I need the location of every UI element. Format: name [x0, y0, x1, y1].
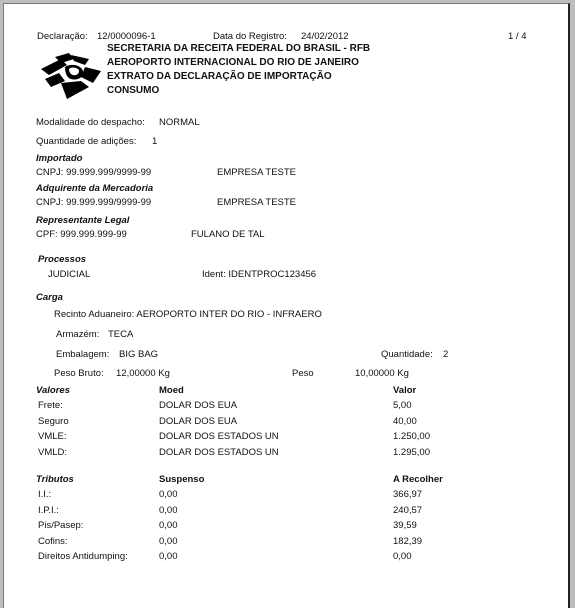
- valor-label: Seguro: [38, 416, 69, 427]
- declaracao-label: Declaração:: [37, 31, 88, 42]
- document-page: Declaração: 12/0000096-1 Data do Registr…: [3, 3, 570, 608]
- valor-header: Valor: [393, 385, 416, 396]
- quantidade-label: Quantidade:: [381, 349, 433, 360]
- declaracao-value: 12/0000096-1: [97, 31, 156, 42]
- tributo-a-recolher: 39,59: [393, 520, 417, 531]
- tributo-suspenso: 0,00: [159, 551, 178, 562]
- valor-amount: 5,00: [393, 400, 412, 411]
- representante-title: Representante Legal: [36, 215, 129, 226]
- page-indicator: 1 / 4: [508, 31, 527, 42]
- tributo-suspenso: 0,00: [159, 505, 178, 516]
- tributo-label: I.I.:: [38, 489, 51, 500]
- suspenso-header: Suspenso: [159, 474, 204, 485]
- valor-amount: 1.250,00: [393, 431, 430, 442]
- armazem-label: Armazém:: [56, 329, 99, 340]
- receita-federal-logo-icon: [41, 53, 103, 99]
- valor-moeda: DOLAR DOS ESTADOS UN: [159, 431, 279, 442]
- peso-liquido-value: 10,00000 Kg: [355, 368, 409, 379]
- tributo-a-recolher: 366,97: [393, 489, 422, 500]
- adquirente-name: EMPRESA TESTE: [217, 197, 296, 208]
- modalidade-label: Modalidade do despacho:: [36, 117, 145, 128]
- valores-header: Valores: [36, 385, 70, 396]
- tributo-suspenso: 0,00: [159, 536, 178, 547]
- importado-name: EMPRESA TESTE: [217, 167, 296, 178]
- moeda-header: Moed: [159, 385, 184, 396]
- adquirente-doc: CNPJ: 99.999.999/9999-99: [36, 197, 151, 208]
- valor-moeda: DOLAR DOS ESTADOS UN: [159, 447, 279, 458]
- a-recolher-header: A Recolher: [393, 474, 443, 485]
- processos-title: Processos: [38, 254, 86, 265]
- armazem-value: TECA: [108, 329, 133, 340]
- peso-bruto-label: Peso Bruto:: [54, 368, 104, 379]
- processo-tipo: JUDICIAL: [48, 269, 90, 280]
- tributo-label: Direitos Antidumping:: [38, 551, 128, 562]
- importado-doc: CNPJ: 99.999.999/9999-99: [36, 167, 151, 178]
- processo-ident: Ident: IDENTPROC123456: [202, 269, 316, 280]
- embalagem-value: BIG BAG: [119, 349, 158, 360]
- valor-label: Frete:: [38, 400, 63, 411]
- representante-doc: CPF: 999.999.999-99: [36, 229, 127, 240]
- modalidade-value: NORMAL: [159, 117, 200, 128]
- data-registro-value: 24/02/2012: [301, 31, 349, 42]
- valor-amount: 1.295,00: [393, 447, 430, 458]
- valor-label: VMLE:: [38, 431, 67, 442]
- header-title-line: SECRETARIA DA RECEITA FEDERAL DO BRASIL …: [107, 42, 370, 56]
- adquirente-title: Adquirente da Mercadoria: [36, 183, 153, 194]
- header-title-line: AEROPORTO INTERNACIONAL DO RIO DE JANEIR…: [107, 56, 370, 70]
- quantidade-adicoes-value: 1: [152, 136, 157, 147]
- tributo-label: I.P.I.:: [38, 505, 59, 516]
- peso-bruto-value: 12,00000 Kg: [116, 368, 170, 379]
- header-title-block: SECRETARIA DA RECEITA FEDERAL DO BRASIL …: [107, 42, 370, 98]
- quantidade-adicoes-label: Quantidade de adições:: [36, 136, 136, 147]
- valor-label: VMLD:: [38, 447, 67, 458]
- embalagem-label: Embalagem:: [56, 349, 109, 360]
- valor-amount: 40,00: [393, 416, 417, 427]
- quantidade-value: 2: [443, 349, 448, 360]
- tributo-label: Pis/Pasep:: [38, 520, 83, 531]
- tributo-suspenso: 0,00: [159, 489, 178, 500]
- header-title-line: EXTRATO DA DECLARAÇÃO DE IMPORTAÇÃO: [107, 70, 370, 84]
- tributo-a-recolher: 240,57: [393, 505, 422, 516]
- importado-title: Importado: [36, 153, 82, 164]
- representante-name: FULANO DE TAL: [191, 229, 265, 240]
- recinto-aduaneiro: Recinto Aduaneiro: AEROPORTO INTER DO RI…: [54, 309, 322, 320]
- tributo-label: Cofins:: [38, 536, 68, 547]
- tributo-a-recolher: 0,00: [393, 551, 412, 562]
- valor-moeda: DOLAR DOS EUA: [159, 400, 237, 411]
- valor-moeda: DOLAR DOS EUA: [159, 416, 237, 427]
- data-registro-label: Data do Registro:: [213, 31, 287, 42]
- header-title-line: CONSUMO: [107, 84, 370, 98]
- tributo-a-recolher: 182,39: [393, 536, 422, 547]
- tributo-suspenso: 0,00: [159, 520, 178, 531]
- tributos-header: Tributos: [36, 474, 74, 485]
- carga-title: Carga: [36, 292, 63, 303]
- peso-liquido-label: Peso: [292, 368, 314, 379]
